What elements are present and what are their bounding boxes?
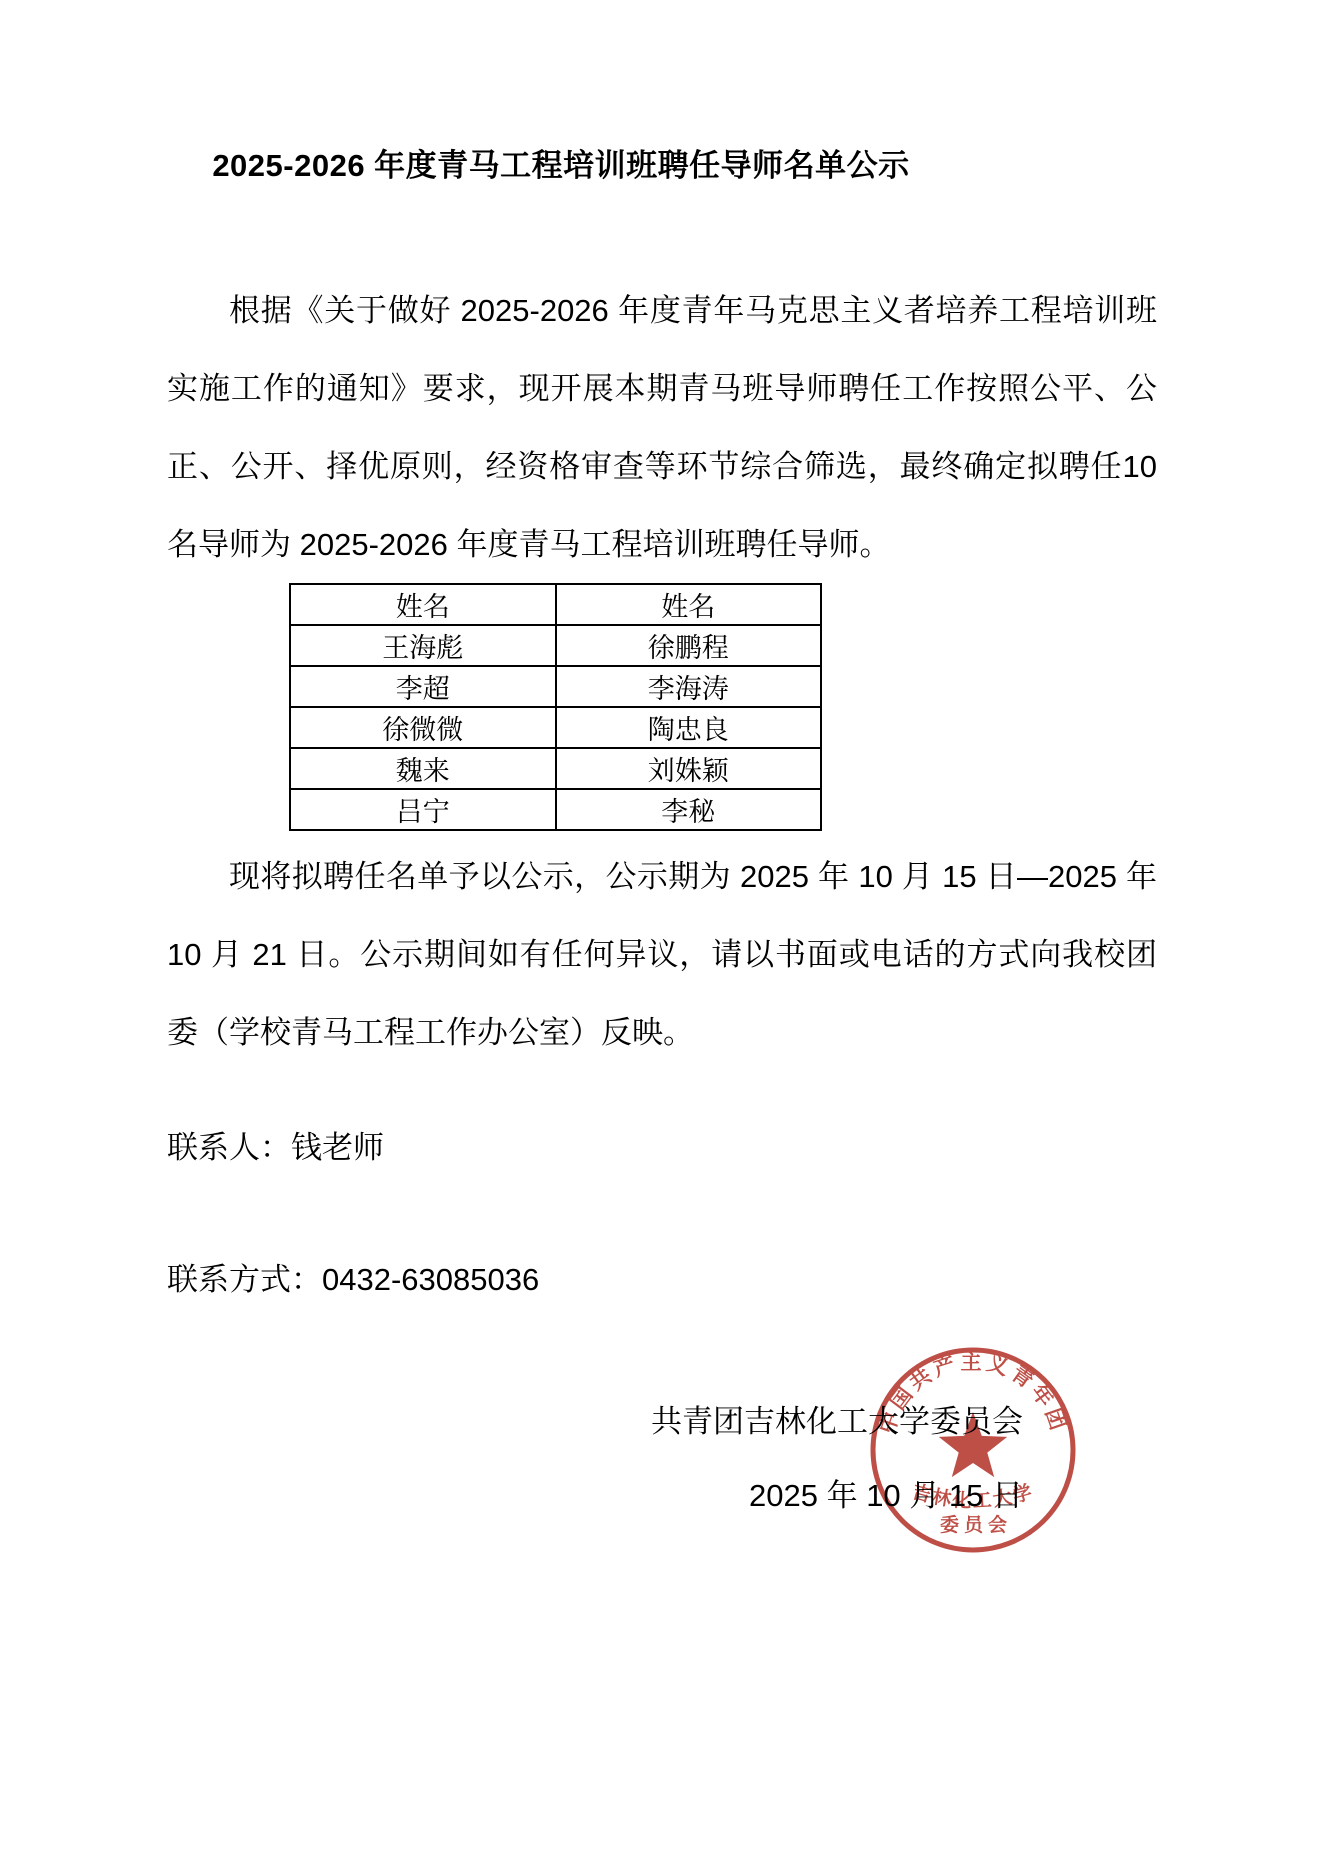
seal-ring: [873, 1350, 1073, 1550]
date-line: 2025 年 10 月 15 日: [749, 1470, 1023, 1515]
table-row: 李超 李海涛: [290, 666, 821, 707]
document-title: 2025-2026 年度青马工程培训班聘任导师名单公示: [0, 140, 1122, 185]
contact-phone-line: 联系方式：0432-63085036: [167, 1254, 539, 1299]
table-row: 王海彪 徐鹏程: [290, 625, 821, 666]
notice-paragraph: 现将拟聘任名单予以公示，公示期为 2025 年 10 月 15 日—2025 年…: [167, 838, 1157, 1072]
table-cell: 李秘: [556, 789, 822, 830]
contact-person-line: 联系人：钱老师: [167, 1122, 384, 1167]
table-row: 魏来 刘姝颖: [290, 748, 821, 789]
mentor-name-table: 姓名 姓名 王海彪 徐鹏程 李超 李海涛 徐微微 陶忠良 魏来 刘姝颖 吕宁: [289, 583, 822, 831]
table-header-row: 姓名 姓名: [290, 584, 821, 625]
table-cell: 李海涛: [556, 666, 822, 707]
official-seal: 中国共产主义青年团 吉林化工大学 委员会: [868, 1345, 1078, 1555]
intro-paragraph: 根据《关于做好 2025-2026 年度青年马克思主义者培养工程培训班实施工作的…: [167, 272, 1157, 584]
table-row: 吕宁 李秘: [290, 789, 821, 830]
table-row: 徐微微 陶忠良: [290, 707, 821, 748]
signature-line: 共青团吉林化工大学委员会: [651, 1396, 1023, 1441]
announcement-document: 2025-2026 年度青马工程培训班聘任导师名单公示 根据《关于做好 2025…: [0, 0, 1322, 1869]
seal-committee-text: 委员会: [940, 1513, 1012, 1536]
table-header-cell: 姓名: [290, 584, 556, 625]
seal-graphic: 中国共产主义青年团 吉林化工大学 委员会: [868, 1345, 1078, 1555]
table-cell: 魏来: [290, 748, 556, 789]
table-cell: 吕宁: [290, 789, 556, 830]
table-cell: 徐鹏程: [556, 625, 822, 666]
table-cell: 李超: [290, 666, 556, 707]
table-cell: 陶忠良: [556, 707, 822, 748]
table-header-cell: 姓名: [556, 584, 822, 625]
table-cell: 王海彪: [290, 625, 556, 666]
table-cell: 刘姝颖: [556, 748, 822, 789]
table-cell: 徐微微: [290, 707, 556, 748]
